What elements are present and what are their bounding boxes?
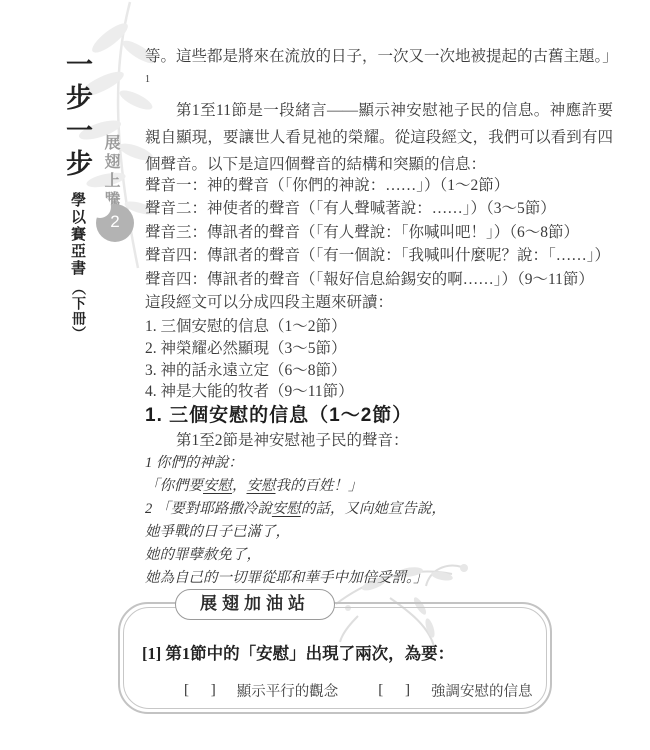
option-label-2: 強調安慰的信息 [431, 680, 533, 701]
series-title: 一步一步 [62, 50, 92, 182]
voice-line-5: 聲音四：傳訊者的聲音（「報好信息給錫安的啊……」）（9～11節） [145, 268, 613, 291]
theme-item-3: 3. 神的話永遠立定（6～8節） [145, 360, 613, 382]
verse1-underlined: 安慰 [247, 478, 276, 494]
theme-item-1: 1. 三個安慰的信息（1～2節） [145, 316, 613, 338]
question-text: [1] 第1節中的「安慰」出現了兩次，為要： [142, 640, 532, 664]
scripture-verse1-quote: 「你們要安慰，安慰我的百姓！」 [145, 475, 613, 498]
practice-box: 展翅加油站 [1] 第1節中的「安慰」出現了兩次，為要： [ ] 顯示平行的觀念… [118, 602, 552, 714]
verse1-part: 我的百姓！」 [276, 478, 363, 494]
answer-options: [ ] 顯示平行的觀念 [ ] 強調安慰的信息 [184, 680, 533, 701]
paragraph-continuation: 等。這些都是將來在流放的日子，一次又一次地被提起的古舊主題。」1 [145, 43, 613, 97]
scripture-quote: 1 你們的神說： 「你們要安慰，安慰我的百姓！」 2 「要對耶路撒冷說安慰的話，… [145, 452, 613, 590]
footnote-marker: 1 [145, 74, 150, 85]
verse1-part: 「你們要 [145, 478, 203, 494]
verse2-part: 的話，又向她宣告說， [301, 501, 446, 517]
section-intro: 第1至2節是神安慰祂子民的聲音： [145, 429, 613, 452]
voice-line-1: 聲音一：神的聲音（「你們的神說：……」）（1～2節） [145, 174, 613, 197]
voice-line-4: 聲音四：傳訊者的聲音（「有一個說：「我喊叫什麼呢？說：「……」） [145, 244, 613, 267]
verse2-part: 2 「要對耶路撒冷說 [145, 501, 272, 517]
scripture-verse2-line1: 2 「要對耶路撒冷說安慰的話，又向她宣告說， [145, 498, 613, 521]
verse2-underlined: 安慰 [272, 501, 301, 517]
study-intro: 這段經文可以分成四段主題來研讀： [145, 291, 613, 314]
scripture-verse2-line2: 她爭戰的日子已滿了， [145, 521, 613, 544]
voice-line-2: 聲音二：神使者的聲音（「有人聲喊著說：……」）（3～5節） [145, 197, 613, 220]
checkbox-option-2[interactable]: [ ] 強調安慰的信息 [378, 680, 532, 701]
book-subtitle: 學以賽亞書 [69, 192, 85, 277]
scripture-verse2-line4: 她為自己的一切罪從耶和華手中加倍受罰。」 [145, 567, 613, 590]
scripture-verse2-line3: 她的罪孽赦免了， [145, 544, 613, 567]
intro-paragraph: 第1至11節是一段緒言——顯示神安慰祂子民的信息。神應許要親自顯現，要讓世人看見… [145, 97, 613, 178]
option-label-1: 顯示平行的觀念 [237, 680, 339, 701]
checkbox-1[interactable]: [ ] [184, 682, 225, 699]
checkbox-option-1[interactable]: [ ] 顯示平行的觀念 [184, 680, 338, 701]
volume-badge: 2 [96, 204, 134, 242]
theme-item-2: 2. 神榮耀必然顯現（3～5節） [145, 338, 613, 360]
voices-list: 聲音一：神的聲音（「你們的神說：……」）（1～2節） 聲音二：神使者的聲音（「有… [145, 174, 613, 291]
book-title-vertical: 一步一步 學以賽亞書 （下冊） [60, 50, 94, 341]
theme-item-4: 4. 神是大能的牧者（9～11節） [145, 381, 613, 403]
voice-line-3: 聲音三：傳訊者的聲音（「有人聲說：「你喊叫吧！」）（6～8節） [145, 221, 613, 244]
verse1-part: ， [232, 478, 247, 494]
volume-number: 2 [96, 212, 134, 232]
main-content: 等。這些都是將來在流放的日子，一次又一次地被提起的古舊主題。」1 第1至11節是… [145, 43, 613, 590]
practice-box-badge: 展翅加油站 [175, 589, 335, 620]
section-heading: 1. 三個安慰的信息（1～2節） [145, 403, 613, 429]
volume-label: （下冊） [70, 281, 85, 341]
checkbox-2[interactable]: [ ] [378, 682, 419, 699]
verse1-underlined: 安慰 [203, 478, 232, 494]
themes-list: 1. 三個安慰的信息（1～2節） 2. 神榮耀必然顯現（3～5節） 3. 神的話… [145, 316, 613, 403]
paragraph-continuation-text: 等。這些都是將來在流放的日子，一次又一次地被提起的古舊主題。」 [145, 48, 618, 65]
scripture-verse1-intro: 1 你們的神說： [145, 452, 613, 475]
